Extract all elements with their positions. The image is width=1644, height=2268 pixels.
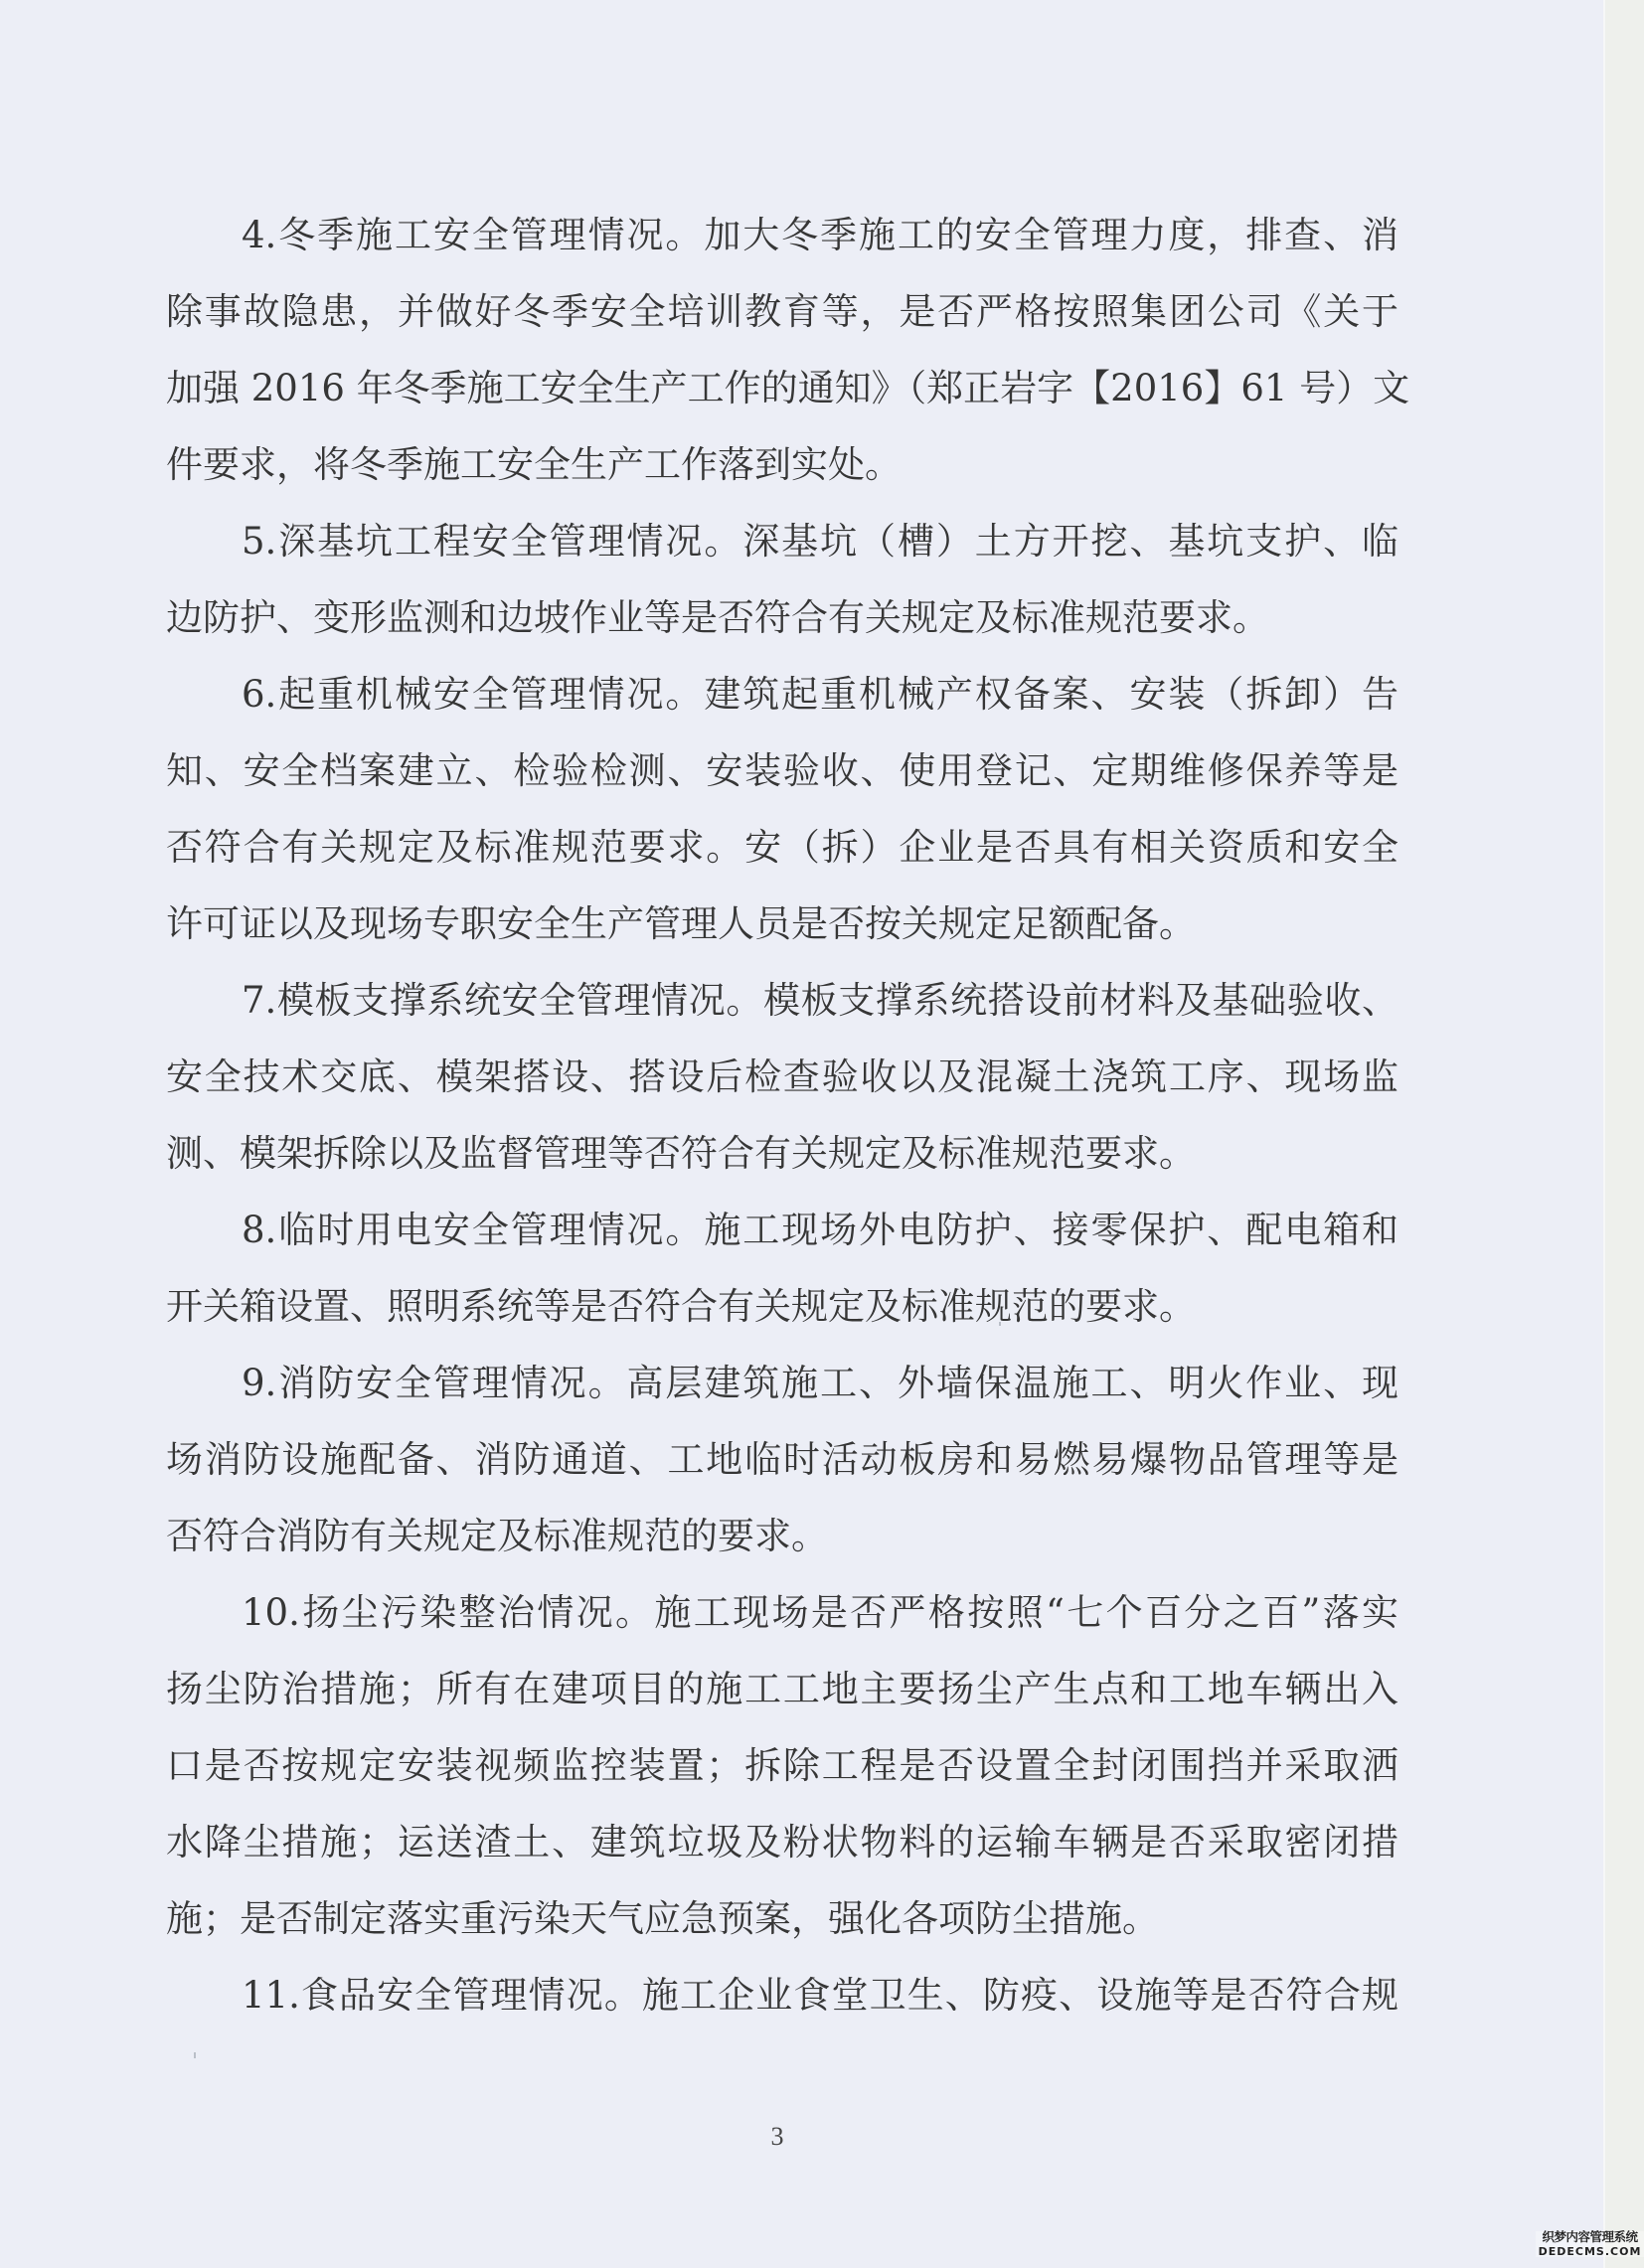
item-10-line-2: 扬尘防治措施；所有在建项目的施工工地主要扬尘产生点和工地车辆出入 [166,1651,1398,1727]
item-10-line-4: 水降尘措施；运送渣土、建筑垃圾及粉状物料的运输车辆是否采取密闭措 [166,1804,1398,1880]
item-8-line-1: 8.临时用电安全管理情况。施工现场外电防护、接零保护、配电箱和 [242,1192,1398,1268]
item-7-line-1: 7.模板支撑系统安全管理情况。模板支撑系统搭设前材料及基础验收、 [242,962,1398,1039]
item-4-line-2: 除事故隐患，并做好冬季安全培训教育等，是否严格按照集团公司《关于 [166,273,1398,350]
watermark-en: DEDECMS.COM [1536,2246,1644,2257]
scan-speck [999,1322,1001,1326]
item-7-line-2: 安全技术交底、模架搭设、搭设后检查验收以及混凝土浇筑工序、现场监 [166,1039,1398,1115]
item-7-line-3: 测、模架拆除以及监督管理等否符合有关规定及标准规范要求。 [166,1115,1398,1192]
page-edge [1603,0,1605,2268]
item-5-line-1: 5.深基坑工程安全管理情况。深基坑（槽）土方开挖、基坑支护、临 [242,503,1398,579]
item-6-line-3: 否符合有关规定及标准规范要求。安（拆）企业是否具有相关资质和安全 [166,809,1398,886]
item-11-line-1: 11.食品安全管理情况。施工企业食堂卫生、防疫、设施等是否符合规 [242,1957,1398,2033]
page-number: 3 [738,2119,817,2155]
watermark-cn: 织梦内容管理系统 [1536,2231,1644,2244]
item-4-line-1: 4.冬季施工安全管理情况。加大冬季施工的安全管理力度，排查、消 [242,197,1398,273]
item-8-line-2: 开关箱设置、照明系统等是否符合有关规定及标准规范的要求。 [166,1268,1398,1345]
item-10-line-3: 口是否按规定安装视频监控装置；拆除工程是否设置全封闭围挡并采取洒 [166,1727,1398,1804]
item-6-line-2: 知、安全档案建立、检验检测、安装验收、使用登记、定期维修保养等是 [166,732,1398,809]
item-4-line-3: 加强 2016 年冬季施工安全生产工作的通知》（郑正岩字【2016】61 号）文 [166,350,1398,426]
scanned-page: 4.冬季施工安全管理情况。加大冬季施工的安全管理力度，排查、消 除事故隐患，并做… [0,0,1604,2268]
item-5-line-2: 边防护、变形监测和边坡作业等是否符合有关规定及标准规范要求。 [166,579,1398,656]
item-6-line-1: 6.起重机械安全管理情况。建筑起重机械产权备案、安装（拆卸）告 [242,656,1398,732]
item-10-line-5: 施；是否制定落实重污染天气应急预案，强化各项防尘措施。 [166,1880,1398,1957]
scan-speck [194,2052,196,2058]
item-6-line-4: 许可证以及现场专职安全生产管理人员是否按关规定足额配备。 [166,886,1398,962]
item-9-line-1: 9.消防安全管理情况。高层建筑施工、外墙保温施工、明火作业、现 [242,1345,1398,1421]
item-9-line-2: 场消防设施配备、消防通道、工地临时活动板房和易燃易爆物品管理等是 [166,1421,1398,1498]
watermark: 织梦内容管理系统 DEDECMS.COM [1536,2231,1644,2257]
item-10-line-1: 10.扬尘污染整治情况。施工现场是否严格按照“七个百分之百”落实 [242,1574,1398,1651]
item-4-line-4: 件要求，将冬季施工安全生产工作落到实处。 [166,426,1398,503]
item-9-line-3: 否符合消防有关规定及标准规范的要求。 [166,1498,1398,1574]
